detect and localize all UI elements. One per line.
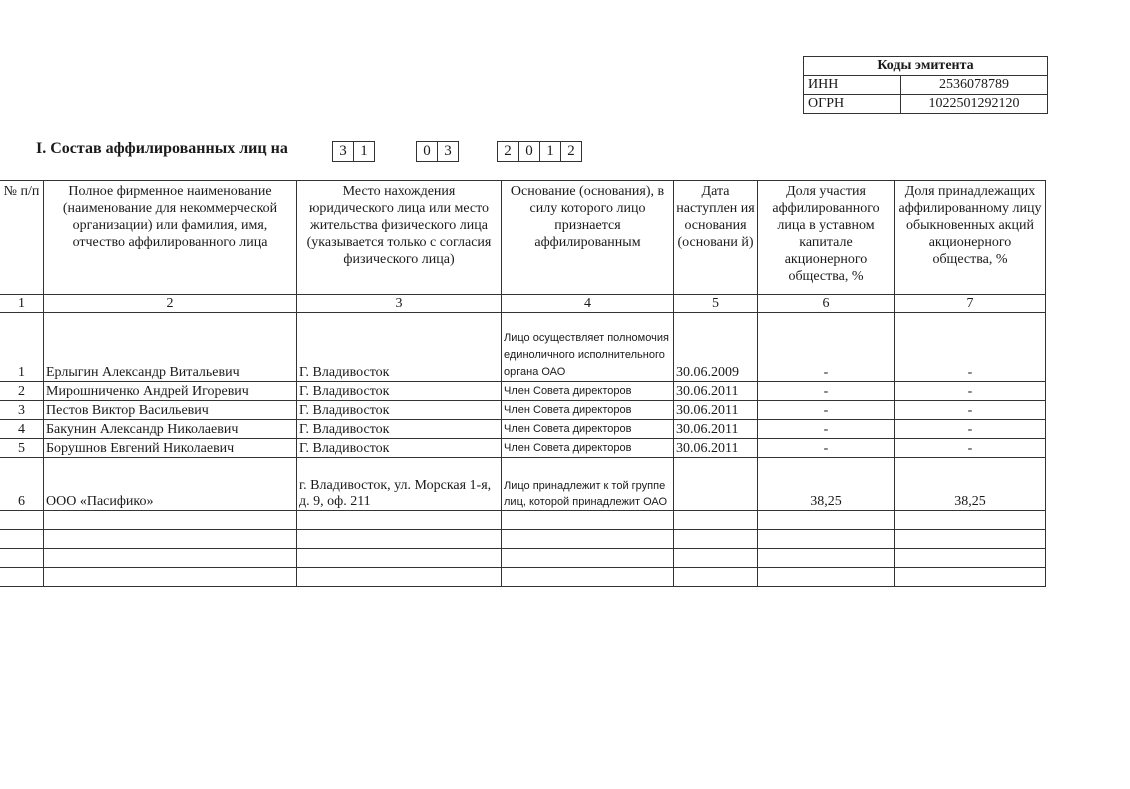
column-number: 7 bbox=[895, 295, 1046, 313]
date-digit: 0 bbox=[518, 141, 540, 162]
row-basis: Лицо осуществляет полномочия единоличног… bbox=[502, 313, 674, 382]
date-day-boxes: 3 1 bbox=[333, 141, 375, 162]
table-row: 1 Ерлыгин Александр Витальевич Г. Владив… bbox=[0, 313, 1046, 382]
row-number: 6 bbox=[0, 458, 44, 511]
table-row: 5 Борушнов Евгений Николаевич Г. Владиво… bbox=[0, 439, 1046, 458]
row-number: 2 bbox=[0, 382, 44, 401]
row-share-stock: - bbox=[895, 420, 1046, 439]
row-basis: Лицо принадлежит к той группе лиц, котор… bbox=[502, 458, 674, 511]
date-digit: 2 bbox=[497, 141, 519, 162]
code-value: 2536078789 bbox=[901, 76, 1048, 95]
header-share-capital: Доля участия аффилированного лица в уста… bbox=[758, 181, 895, 295]
date-digit: 2 bbox=[560, 141, 582, 162]
row-name: Мирошниченко Андрей Игоревич bbox=[44, 382, 297, 401]
column-number: 1 bbox=[0, 295, 44, 313]
row-location: Г. Владивосток bbox=[297, 420, 502, 439]
row-number: 1 bbox=[0, 313, 44, 382]
header-name: Полное фирменное наименование (наименова… bbox=[44, 181, 297, 295]
header-date: Дата наступлен ия основания (основани й) bbox=[674, 181, 758, 295]
column-number: 6 bbox=[758, 295, 895, 313]
issuer-code-row-inn: ИНН 2536078789 bbox=[804, 76, 1048, 95]
row-name: ООО «Пасифико» bbox=[44, 458, 297, 511]
empty-row bbox=[0, 511, 1046, 530]
row-date bbox=[674, 458, 758, 511]
row-location: Г. Владивосток bbox=[297, 439, 502, 458]
header-basis: Основание (основания), в силу которого л… bbox=[502, 181, 674, 295]
row-share-capital: - bbox=[758, 401, 895, 420]
table-row: 3 Пестов Виктор Васильевич Г. Владивосто… bbox=[0, 401, 1046, 420]
row-share-stock: - bbox=[895, 313, 1046, 382]
row-name: Борушнов Евгений Николаевич bbox=[44, 439, 297, 458]
row-number: 3 bbox=[0, 401, 44, 420]
row-share-capital: - bbox=[758, 439, 895, 458]
section-title: I. Состав аффилированных лиц на bbox=[36, 140, 288, 158]
date-digit: 0 bbox=[416, 141, 438, 162]
row-share-capital: - bbox=[758, 382, 895, 401]
column-number-row: 1 2 3 4 5 6 7 bbox=[0, 295, 1046, 313]
row-share-stock: - bbox=[895, 439, 1046, 458]
row-number: 5 bbox=[0, 439, 44, 458]
column-number: 5 bbox=[674, 295, 758, 313]
empty-row bbox=[0, 549, 1046, 568]
row-basis: Член Совета директоров bbox=[502, 401, 674, 420]
header-row: № п/п Полное фирменное наименование (наи… bbox=[0, 181, 1046, 295]
date-digit: 3 bbox=[332, 141, 354, 162]
row-basis: Член Совета директоров bbox=[502, 420, 674, 439]
table-row: 2 Мирошниченко Андрей Игоревич Г. Владив… bbox=[0, 382, 1046, 401]
header-share-stock: Доля принадлежащих аффилированному лицу … bbox=[895, 181, 1046, 295]
date-digit: 3 bbox=[437, 141, 459, 162]
issuer-codes-title: Коды эмитента bbox=[804, 57, 1048, 76]
row-name: Ерлыгин Александр Витальевич bbox=[44, 313, 297, 382]
code-value: 1022501292120 bbox=[901, 95, 1048, 114]
column-number: 4 bbox=[502, 295, 674, 313]
affiliated-persons-table: № п/п Полное фирменное наименование (наи… bbox=[0, 180, 1046, 587]
code-label: ОГРН bbox=[804, 95, 901, 114]
row-basis: Член Совета директоров bbox=[502, 382, 674, 401]
row-share-capital: 38,25 bbox=[758, 458, 895, 511]
code-label: ИНН bbox=[804, 76, 901, 95]
date-month-boxes: 0 3 bbox=[417, 141, 459, 162]
row-location: Г. Владивосток bbox=[297, 313, 502, 382]
table-row: 4 Бакунин Александр Николаевич Г. Владив… bbox=[0, 420, 1046, 439]
column-number: 3 bbox=[297, 295, 502, 313]
date-year-boxes: 2 0 1 2 bbox=[498, 141, 582, 162]
row-date: 30.06.2011 bbox=[674, 439, 758, 458]
column-number: 2 bbox=[44, 295, 297, 313]
row-share-stock: - bbox=[895, 401, 1046, 420]
row-name: Бакунин Александр Николаевич bbox=[44, 420, 297, 439]
issuer-codes-table: Коды эмитента ИНН 2536078789 ОГРН 102250… bbox=[803, 56, 1048, 114]
row-date: 30.06.2011 bbox=[674, 401, 758, 420]
row-location: Г. Владивосток bbox=[297, 401, 502, 420]
row-number: 4 bbox=[0, 420, 44, 439]
row-share-capital: - bbox=[758, 313, 895, 382]
row-date: 30.06.2011 bbox=[674, 382, 758, 401]
row-share-capital: - bbox=[758, 420, 895, 439]
date-digit: 1 bbox=[353, 141, 375, 162]
row-date: 30.06.2011 bbox=[674, 420, 758, 439]
empty-row bbox=[0, 530, 1046, 549]
row-name: Пестов Виктор Васильевич bbox=[44, 401, 297, 420]
date-digit: 1 bbox=[539, 141, 561, 162]
row-share-stock: - bbox=[895, 382, 1046, 401]
row-basis: Член Совета директоров bbox=[502, 439, 674, 458]
table-row: 6 ООО «Пасифико» г. Владивосток, ул. Мор… bbox=[0, 458, 1046, 511]
row-share-stock: 38,25 bbox=[895, 458, 1046, 511]
row-location: Г. Владивосток bbox=[297, 382, 502, 401]
header-no: № п/п bbox=[0, 181, 44, 295]
row-location: г. Владивосток, ул. Морская 1-я, д. 9, о… bbox=[297, 458, 502, 511]
row-date: 30.06.2009 bbox=[674, 313, 758, 382]
issuer-code-row-ogrn: ОГРН 1022501292120 bbox=[804, 95, 1048, 114]
empty-row bbox=[0, 568, 1046, 587]
header-location: Место нахождения юридического лица или м… bbox=[297, 181, 502, 295]
